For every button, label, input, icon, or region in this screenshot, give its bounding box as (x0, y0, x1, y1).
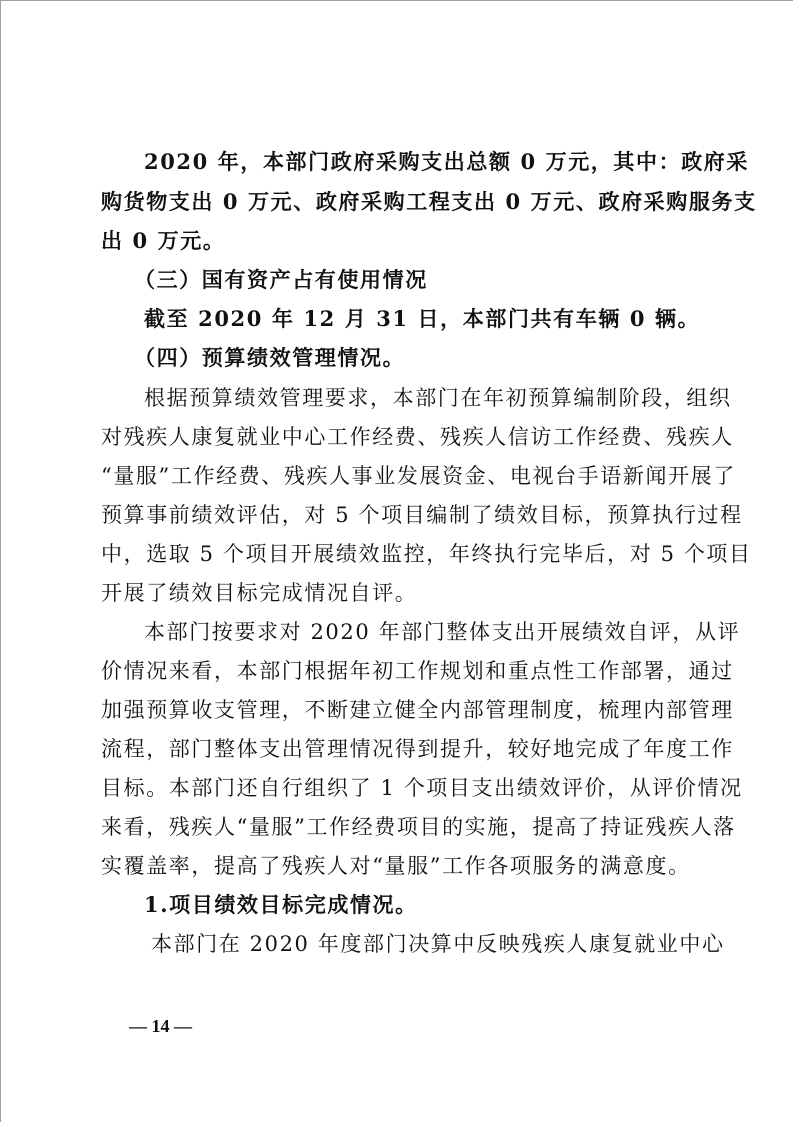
text-line: 流程，部门整体支出管理情况得到提升，较好地完成了年度工作 (101, 733, 734, 763)
text-line: 购货物支出 0 万元、政府采购工程支出 0 万元、政府采购服务支 (101, 186, 757, 216)
text-line: 开展了绩效目标完成情况自评。 (101, 577, 417, 607)
text-line: 根据预算绩效管理要求，本部门在年初预算编制阶段，组织 (144, 382, 732, 412)
text-line: 加强预算收支管理，不断建立健全内部管理制度，梳理内部管理 (101, 694, 734, 724)
text-line: 实覆盖率，提高了残疾人对“量服”工作各项服务的满意度。 (101, 850, 691, 880)
text-line: 预算事前绩效评估，对 5 个项目编制了绩效目标，预算执行过程 (101, 499, 743, 529)
text-line: 价情况来看，本部门根据年初工作规划和重点性工作部署，通过 (101, 655, 734, 685)
text-line: 1.项目绩效目标完成情况。 (144, 889, 418, 919)
text-line: （四）预算绩效管理情况。 (134, 342, 405, 372)
document-page: — 14 — 2020 年，本部门政府采购支出总额 0 万元，其中：政府采购货物… (0, 0, 793, 1122)
text-line: 截至 2020 年 12 月 31 日，本部门共有车辆 0 辆。 (144, 303, 700, 333)
text-line: 出 0 万元。 (101, 225, 225, 255)
text-line: 本部门在 2020 年度部门决算中反映残疾人康复就业中心 (151, 928, 725, 958)
text-line: “量服”工作经费、残疾人事业发展资金、电视台手语新闻开展了 (101, 460, 736, 490)
text-line: 目标。本部门还自行组织了 1 个项目支出绩效评价，从评价情况 (101, 772, 743, 802)
text-line: 中，选取 5 个项目开展绩效监控，年终执行完毕后，对 5 个项目 (101, 538, 752, 568)
text-line: 对残疾人康复就业中心工作经费、残疾人信访工作经费、残疾人 (101, 421, 734, 451)
text-line: 2020 年，本部门政府采购支出总额 0 万元，其中：政府采 (144, 146, 749, 176)
text-line: 本部门按要求对 2020 年部门整体支出开展绩效自评，从评 (144, 616, 740, 646)
text-line: 来看，残疾人“量服”工作经费项目的实施，提高了持证残疾人落 (101, 811, 736, 841)
page-number: — 14 — (129, 1016, 192, 1037)
text-line: （三）国有资产占有使用情况 (134, 264, 428, 294)
